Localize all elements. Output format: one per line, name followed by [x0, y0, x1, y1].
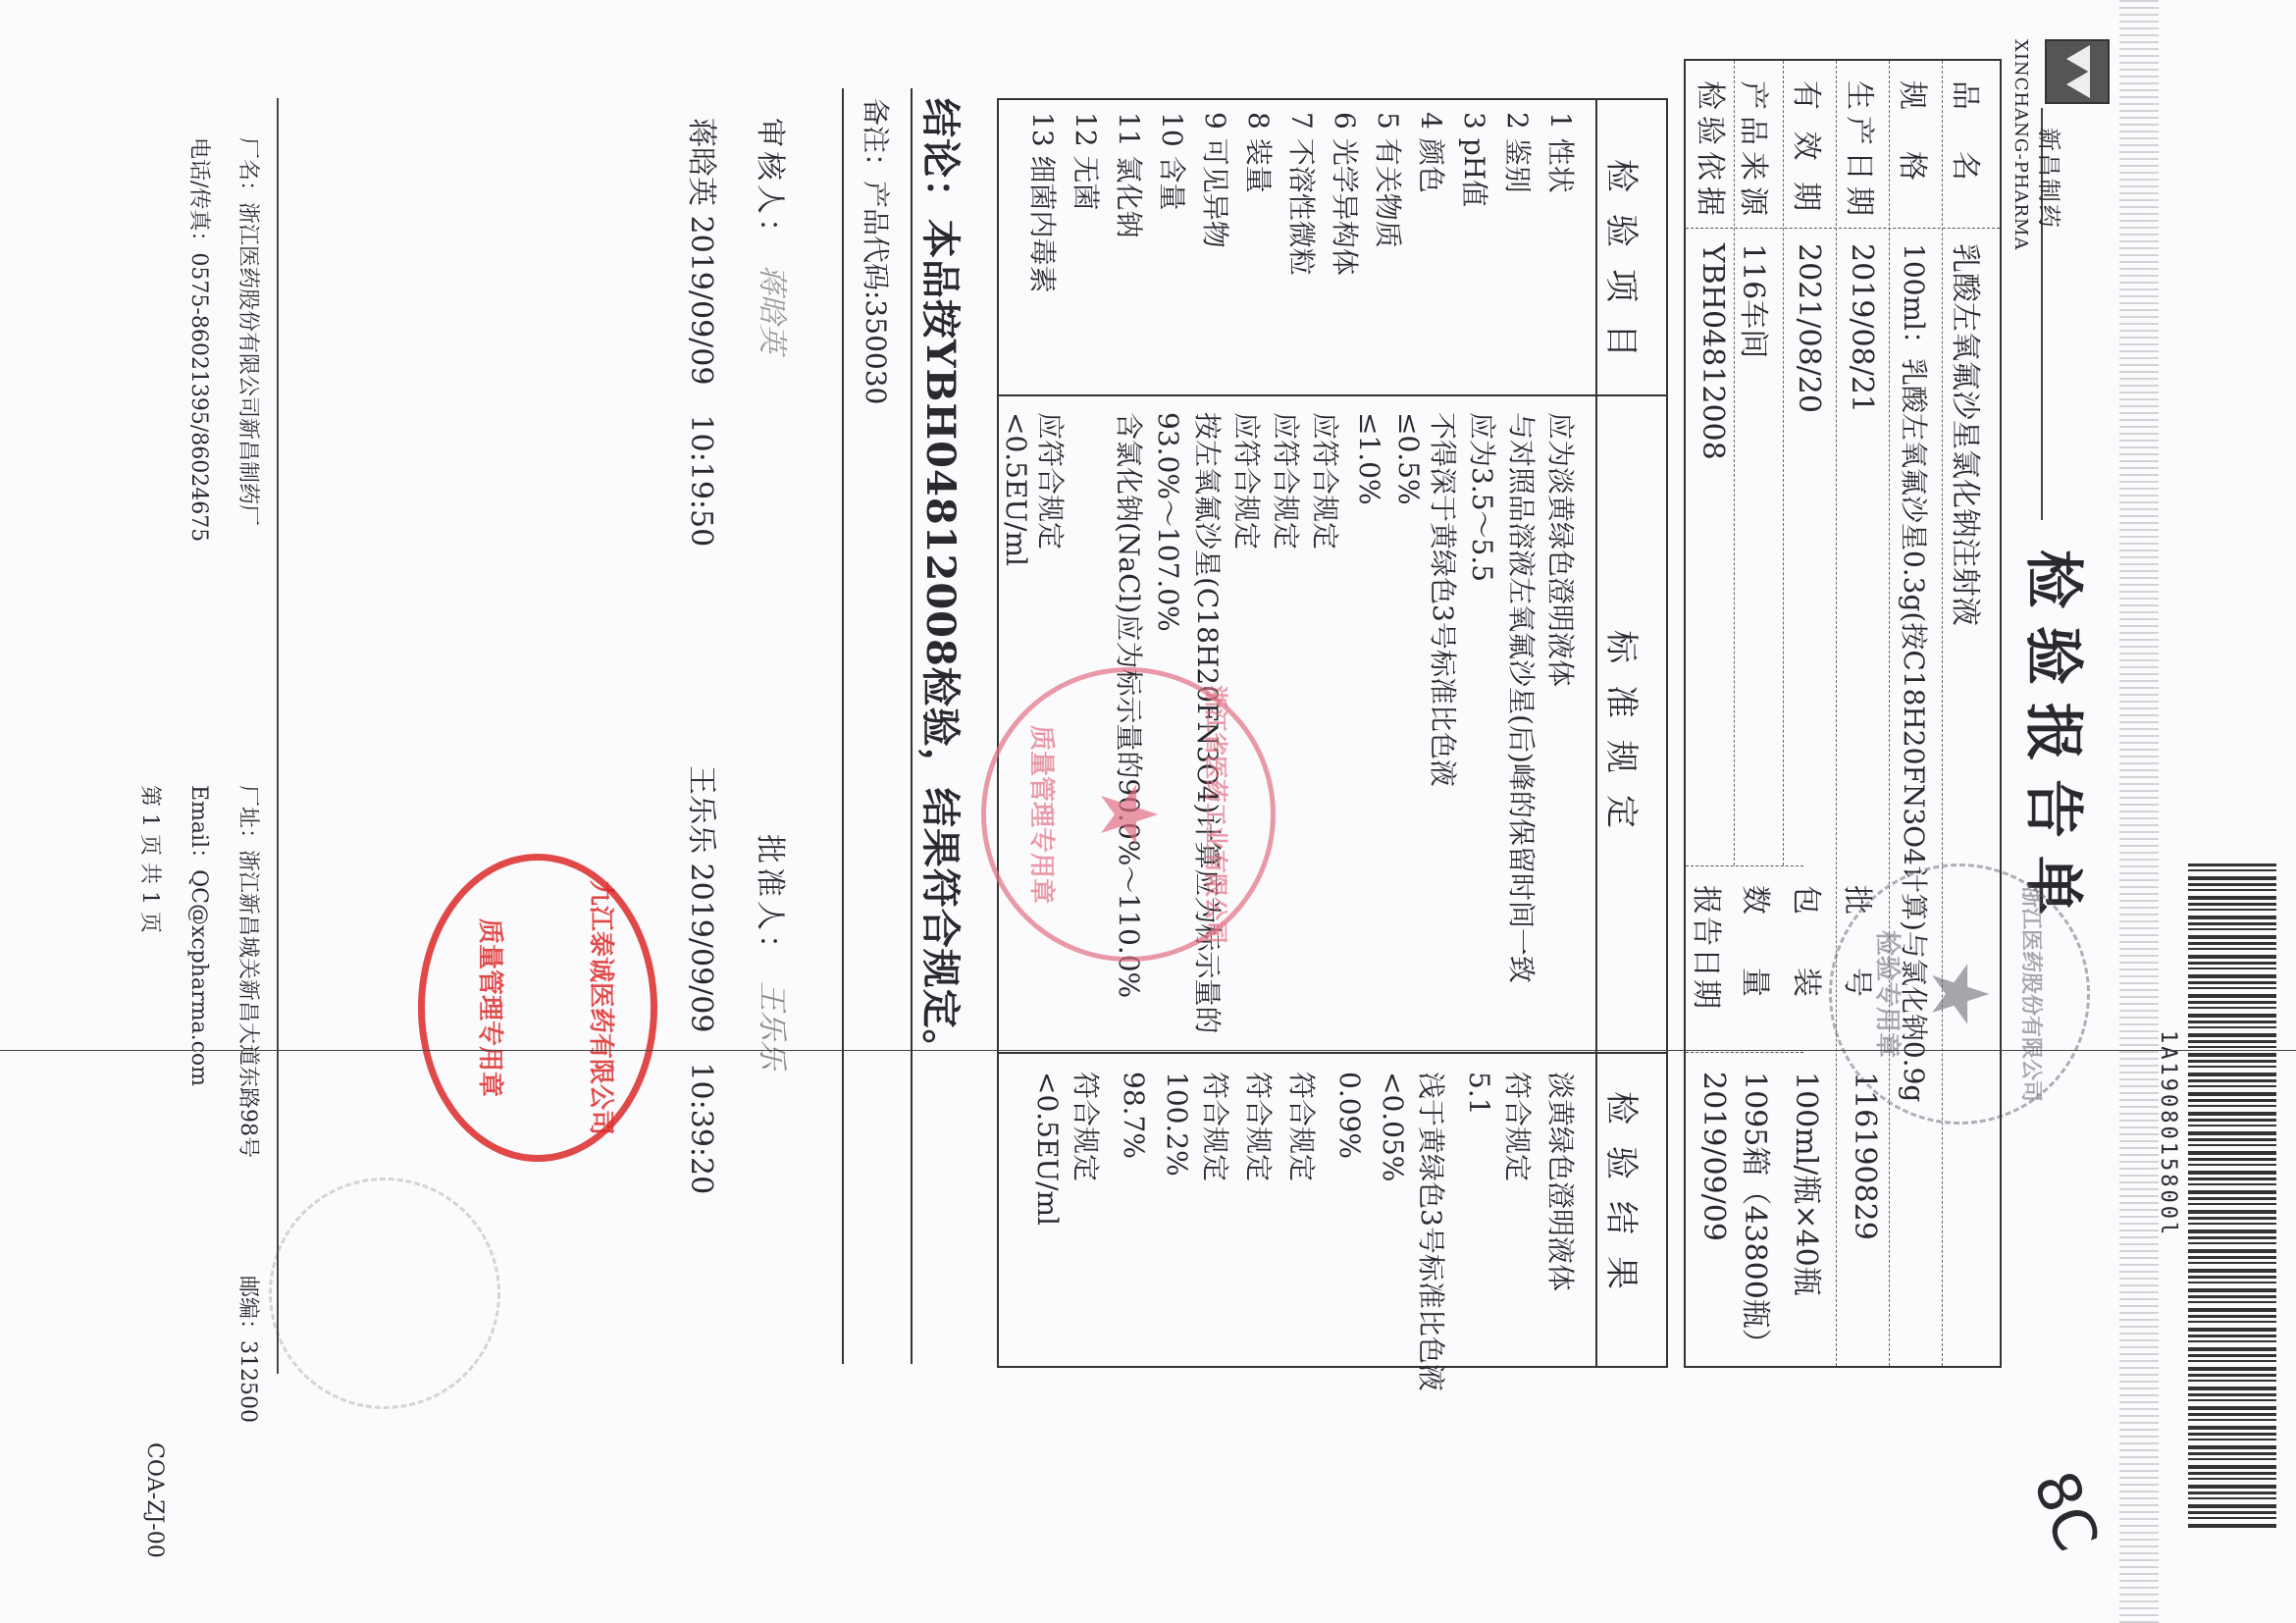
table-row-result: 98.7% [1118, 1072, 1150, 1159]
expiry-date: 2021/08/20 [1793, 228, 1827, 413]
table-row-result: 符合规定 [1197, 1072, 1236, 1181]
col-header-item: 检验项目 [1600, 159, 1648, 379]
footer-factory: 厂名：浙江医药股份有限公司新昌制药厂 [235, 137, 265, 526]
table-row-standard: 与对照品溶液左氧氟沙星(后)峰的保留时间一致 [1503, 412, 1542, 1040]
reviewer-signature: 蒋晗英 [754, 265, 797, 353]
table-row-item: 11 氯化钠 [1111, 112, 1150, 238]
table-row-standard: 应为3.5～5.5 [1464, 412, 1503, 1040]
brand-name-cn: 新昌制药 [2034, 128, 2068, 230]
table-row-standard: 不得深于黄绿色3号标准比色液 [1425, 412, 1464, 1040]
row-basis: 检验依据 YBH04812008 [1688, 61, 1739, 460]
table-row-result: <0.5EU/ml [1031, 1072, 1064, 1226]
footer-postcode: 邮编：312500 [235, 1276, 265, 1423]
table-row-result: 0.09% [1333, 1072, 1366, 1159]
reviewer-timestamp: 蒋晗英 2019/09/09 10:19:50 [683, 118, 726, 547]
handwritten-mark: 8C [2019, 1462, 2111, 1559]
star-icon: ★ [1083, 779, 1174, 850]
table-row-result: 符合规定 [1283, 1072, 1323, 1181]
barcode-icon [2188, 864, 2276, 1531]
package-value: 100ml/瓶×40瓶 [1788, 1072, 1831, 1296]
row-expiry: 有 效 期 2021/08/20 [1784, 61, 1835, 413]
conclusion: 结论：本品按YBH04812008检验，结果符合规定。 [915, 98, 971, 1070]
table-row-item: 6 光学异构体 [1327, 112, 1366, 276]
product-info-table: 品 名 乳酸左氧氟沙星氯化钠注射液 规 格 100ml：乳酸左氧氟沙星0.3g(… [1684, 59, 2002, 1368]
footer-email: Email：QC@xcpharma.com [185, 785, 216, 1086]
table-row-result: 淡黄绿色澄明液体 [1542, 1072, 1582, 1291]
row-product-name: 品 名 乳酸左氧氟沙星氯化钠注射液 [1943, 61, 1994, 626]
coa-document-page: 新昌制药 XINCHANG-PHARMA 1A1908015800l 8C 检验… [0, 0, 2296, 1623]
table-row-result: 符合规定 [1499, 1072, 1539, 1181]
table-row-result: <0.05% [1377, 1072, 1409, 1181]
spec-value: 100ml：乳酸左氧氟沙星0.3g(按C18H20FN3O4计算)与氯化钠0.9… [1896, 228, 1935, 1102]
footer-page: 第 1 页 共 1 页 [136, 785, 167, 933]
scan-noise-band [2119, 0, 2159, 1623]
xinchang-pharma-logo-icon [2045, 39, 2110, 104]
table-row-item: 9 可见异物 [1197, 112, 1236, 248]
footer-address: 厂址：浙江新昌城关新昌大道东路98号 [235, 785, 265, 1158]
table-header: 检验项目 标准规定 检验结果 [1595, 100, 1666, 1366]
col-header-standard: 标准规定 [1600, 630, 1648, 850]
row-spec: 规 格 100ml：乳酸左氧氟沙星0.3g(按C18H20FN3O4计算)与氯化… [1890, 61, 1941, 1102]
footer-phone: 电话/传真：0575-86021395/86024675 [185, 137, 216, 542]
table-row-result: 5.1 [1463, 1072, 1495, 1116]
approver-signature: 王乐乐 [754, 981, 797, 1070]
report-date: 2019/09/09 [1696, 1072, 1731, 1241]
qa-stamp-lower: 九江泰诚医药有限公司 质量管理专用章 [418, 854, 657, 1162]
table-row-result: 100.2% [1161, 1072, 1193, 1177]
table-row-item: 2 鉴别 [1499, 112, 1539, 193]
fold-crease [0, 1050, 2296, 1051]
table-row-item: 7 不溶性微粒 [1283, 112, 1323, 276]
row-mfg-date: 生产日期 2019/08/21 [1837, 61, 1888, 413]
source-value: 116车间 [1735, 228, 1778, 358]
reviewer-label: 审核人： [752, 118, 795, 251]
barcode-number: 1A1908015800l [2156, 1030, 2180, 1237]
table-row-standard: 应符合规定 [1307, 412, 1346, 1040]
col-header-result: 检验结果 [1600, 1091, 1648, 1311]
brand-name-en: XINCHANG-PHARMA [2010, 39, 2031, 250]
qa-stamp-center: 浙江省医药工业有限公司 ★ 质量管理专用章 [981, 667, 1276, 962]
table-row-item: 8 装量 [1240, 112, 1279, 193]
basis-value: YBH04812008 [1696, 228, 1731, 460]
table-row-standard: 应为淡黄绿色澄明液体 [1542, 412, 1582, 1040]
approver-label: 批准人： [752, 834, 795, 968]
table-row-result: 浅于黄绿色3号标准比色液 [1413, 1072, 1452, 1391]
table-row-result: 符合规定 [1068, 1072, 1107, 1181]
faint-stamp [269, 1178, 500, 1409]
table-row-item: 1 性状 [1542, 112, 1582, 193]
table-row-item: 4 颜色 [1413, 112, 1452, 193]
approver-timestamp: 王乐乐 2019/09/09 10:39:20 [683, 765, 726, 1194]
remark: 备注：产品代码:350030 [858, 98, 897, 404]
quantity-value: 1095箱（43800瓶） [1737, 1072, 1780, 1358]
footer-form-code: COA-ZJ-00 [142, 1442, 167, 1558]
batch-number: 116190829 [1848, 1072, 1882, 1240]
table-row-item: 3 pH值 [1456, 112, 1495, 207]
table-row-item: 5 有关物质 [1370, 112, 1409, 248]
table-row-item: 10 含量 [1154, 112, 1193, 211]
table-row-result: 符合规定 [1240, 1072, 1279, 1181]
product-name: 乳酸左氧氟沙星氯化钠注射液 [1947, 228, 1990, 626]
table-row-standard: ≤0.5% [1392, 412, 1425, 1040]
mfg-date: 2019/08/21 [1846, 228, 1880, 413]
table-row-standard: ≤1.0% [1353, 412, 1385, 1040]
table-row-standard: 应符合规定 [1268, 412, 1307, 1040]
table-row-item: 13 细菌内毒素 [1024, 112, 1064, 293]
table-row-item: 12 无菌 [1068, 112, 1107, 211]
